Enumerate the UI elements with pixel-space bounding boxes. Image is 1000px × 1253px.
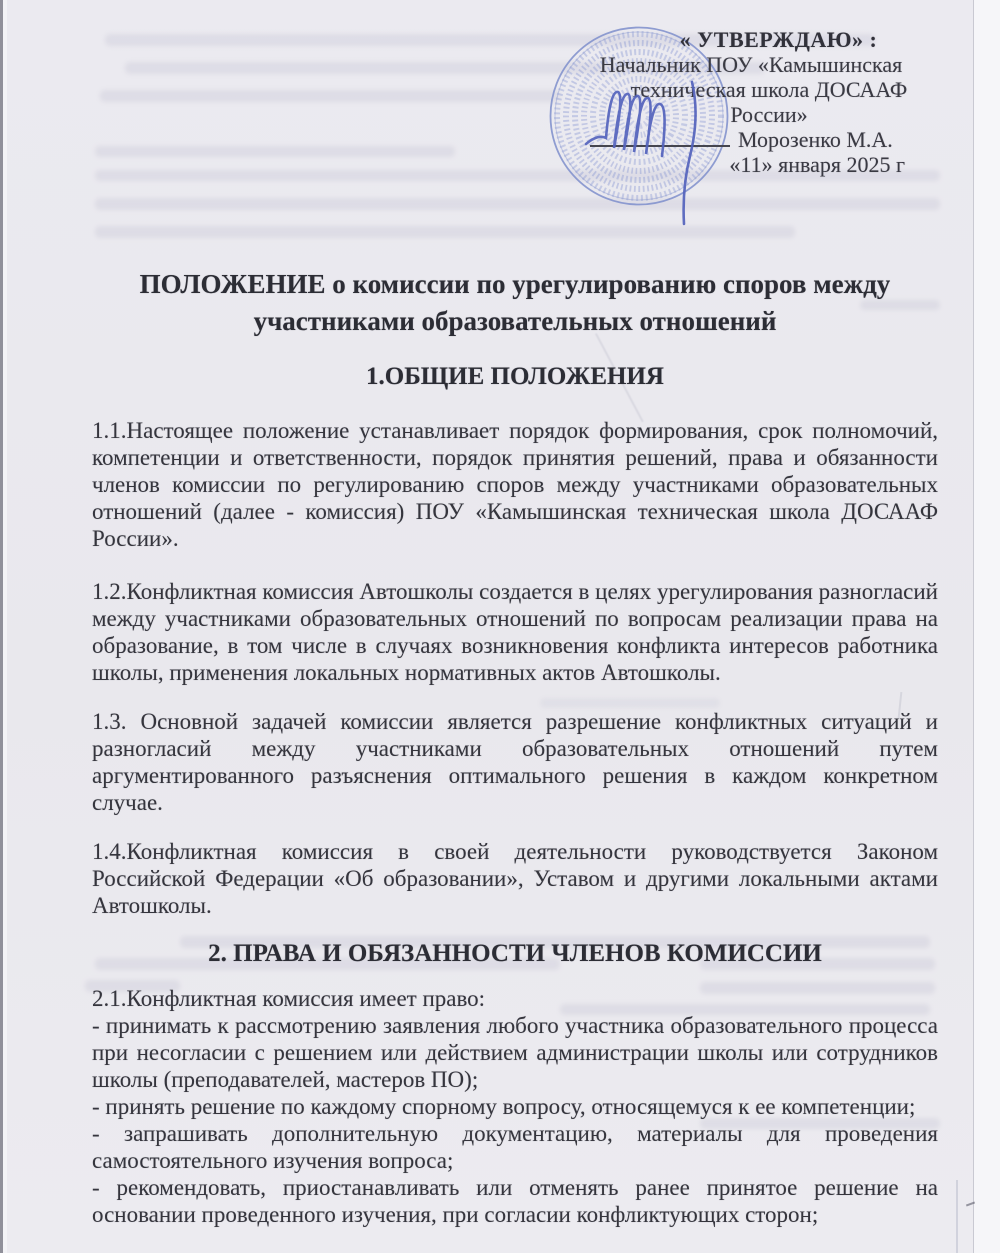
scanned-document-page: « УТВЕРЖДАЮ» : Начальник ПОУ «Камышинска… (0, 0, 1000, 1253)
scan-edge-right (973, 0, 1000, 1253)
list-item-make-decision: - принять решение по каждому спорному во… (92, 1093, 938, 1120)
signature-scribble-icon (574, 56, 764, 241)
paragraph-2-1: 2.1.Конфликтная комиссия имеет право: (92, 985, 938, 1012)
section-2-heading: 2. ПРАВА И ОБЯЗАННОСТИ ЧЛЕНОВ КОМИССИИ (92, 939, 938, 968)
approval-label: « УТВЕРЖДАЮ» : (565, 27, 937, 52)
document-title: ПОЛОЖЕНИЕ о комиссии по урегулированию с… (92, 266, 938, 340)
list-item-accept-applications: - принимать к рассмотрению заявления люб… (92, 1012, 938, 1093)
paragraph-1-1: 1.1.Настоящее положение устанавливает по… (92, 417, 938, 552)
paragraph-1-2: 1.2.Конфликтная комиссия Автошколы созда… (92, 578, 938, 686)
paragraph-1-4: 1.4.Конфликтная комиссия в своей деятель… (92, 838, 938, 919)
document-body: ПОЛОЖЕНИЕ о комиссии по урегулированию с… (92, 0, 938, 1228)
document-title-line2: участниками образовательных отношений (92, 303, 938, 340)
list-item-recommend-suspend: - рекомендовать, приостанавливать или от… (92, 1174, 938, 1228)
scan-fold-line (956, 1180, 958, 1253)
scan-edge-left-light (3, 0, 7, 1253)
paragraph-1-3: 1.3. Основной задачей комиссии является … (92, 708, 938, 816)
document-title-line1: ПОЛОЖЕНИЕ о комиссии по урегулированию с… (92, 266, 938, 303)
list-item-request-documents: - запрашивать дополнительную документаци… (92, 1120, 938, 1174)
section-1-heading: 1.ОБЩИЕ ПОЛОЖЕНИЯ (92, 362, 938, 391)
